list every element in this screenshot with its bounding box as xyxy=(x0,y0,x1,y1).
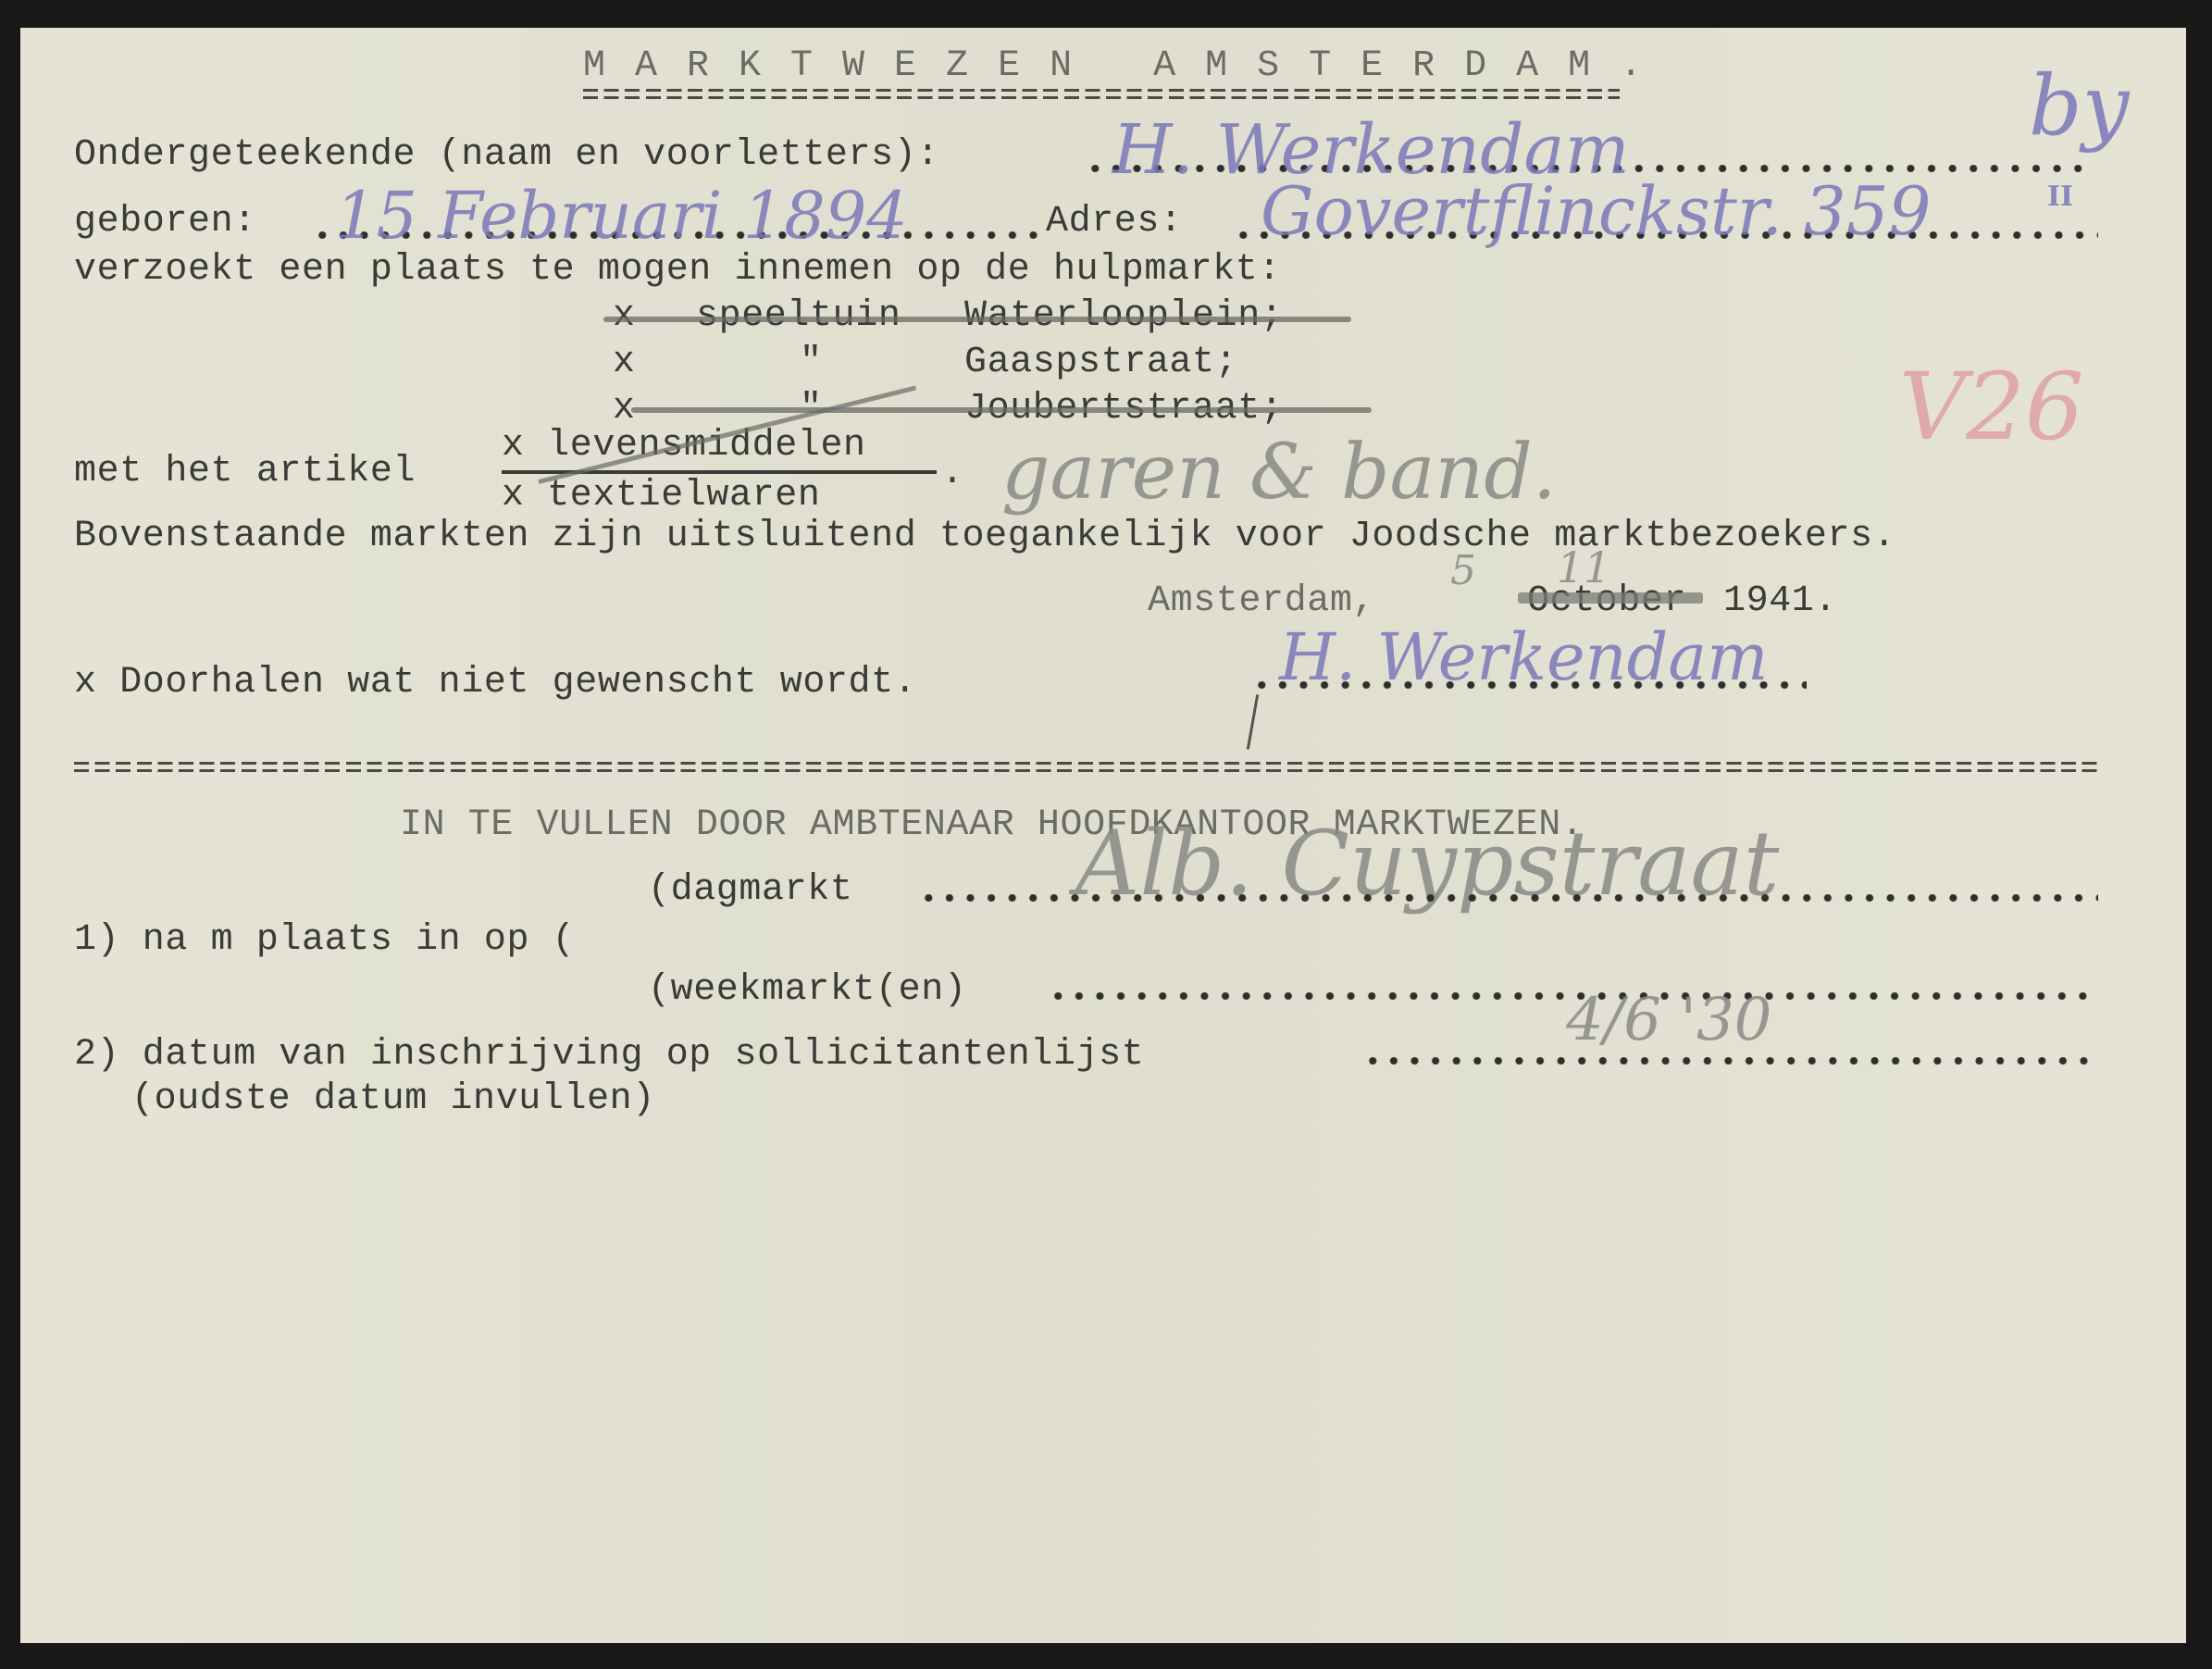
notice-text: Bovenstaande markten zijn uitsluitend to… xyxy=(74,518,1895,555)
market-2-marker: x xyxy=(613,344,636,381)
market-3-strikethrough xyxy=(631,407,1372,413)
title-underline xyxy=(583,89,1620,100)
dagmarkt-label: (dagmarkt xyxy=(648,872,852,909)
article-period: . xyxy=(941,455,964,492)
section-separator xyxy=(74,762,2101,773)
undersigned-label: Ondergeteekende (naam en voorletters): xyxy=(74,137,939,174)
margin-note-by: by xyxy=(2029,65,2129,148)
item2-label: 2) datum van inschrijving op sollicitant… xyxy=(74,1037,1144,1074)
born-value[interactable]: 15 Februari 1894 xyxy=(335,183,908,248)
item2-dotted-line[interactable] xyxy=(1362,1057,2098,1065)
item2-sub: (oudste datum invullen) xyxy=(131,1081,655,1118)
market-1-strikethrough xyxy=(603,317,1351,322)
red-margin-mark: V26 xyxy=(1899,361,2083,454)
document-title: M A R K T W E Z E N A M S T E R D A M . xyxy=(583,48,1646,85)
address-floor: II xyxy=(2047,183,2073,211)
footnote-text: x Doorhalen wat niet gewenscht wordt. xyxy=(74,665,916,702)
address-label: Adres: xyxy=(1046,204,1183,241)
date-month-handwritten[interactable]: 11 xyxy=(1557,546,1611,589)
date-day-handwritten[interactable]: 5 xyxy=(1450,551,1476,592)
place-city: Amsterdam, xyxy=(1148,583,1375,620)
article-label: met het artikel xyxy=(74,454,416,491)
date-year: 1941. xyxy=(1723,583,1837,620)
dagmarkt-dotted-line[interactable] xyxy=(918,894,2098,902)
item2-handwritten[interactable]: 4/6 '30 xyxy=(1566,990,1771,1050)
signature[interactable]: H. Werkendam xyxy=(1279,625,1769,690)
date-month-strikethrough xyxy=(1518,592,1703,604)
address-value[interactable]: Govertflinckstr. 359 xyxy=(1261,178,1931,244)
article-option-2: x textielwaren xyxy=(502,478,820,515)
signature-flourish xyxy=(1247,694,1259,750)
weekmarkt-label: (weekmarkt(en) xyxy=(648,972,966,1009)
born-label: geboren: xyxy=(74,204,256,241)
market-2-ditto: " xyxy=(800,344,823,381)
market-2-name: Gaaspstraat; xyxy=(964,344,1237,381)
item1-label: 1) na m plaats in op ( xyxy=(74,922,575,959)
article-handwritten[interactable]: garen & band. xyxy=(1001,435,1557,511)
request-text: verzoekt een plaats te mogen innemen op … xyxy=(74,252,1281,289)
document-card: M A R K T W E Z E N A M S T E R D A M . … xyxy=(20,28,2186,1643)
